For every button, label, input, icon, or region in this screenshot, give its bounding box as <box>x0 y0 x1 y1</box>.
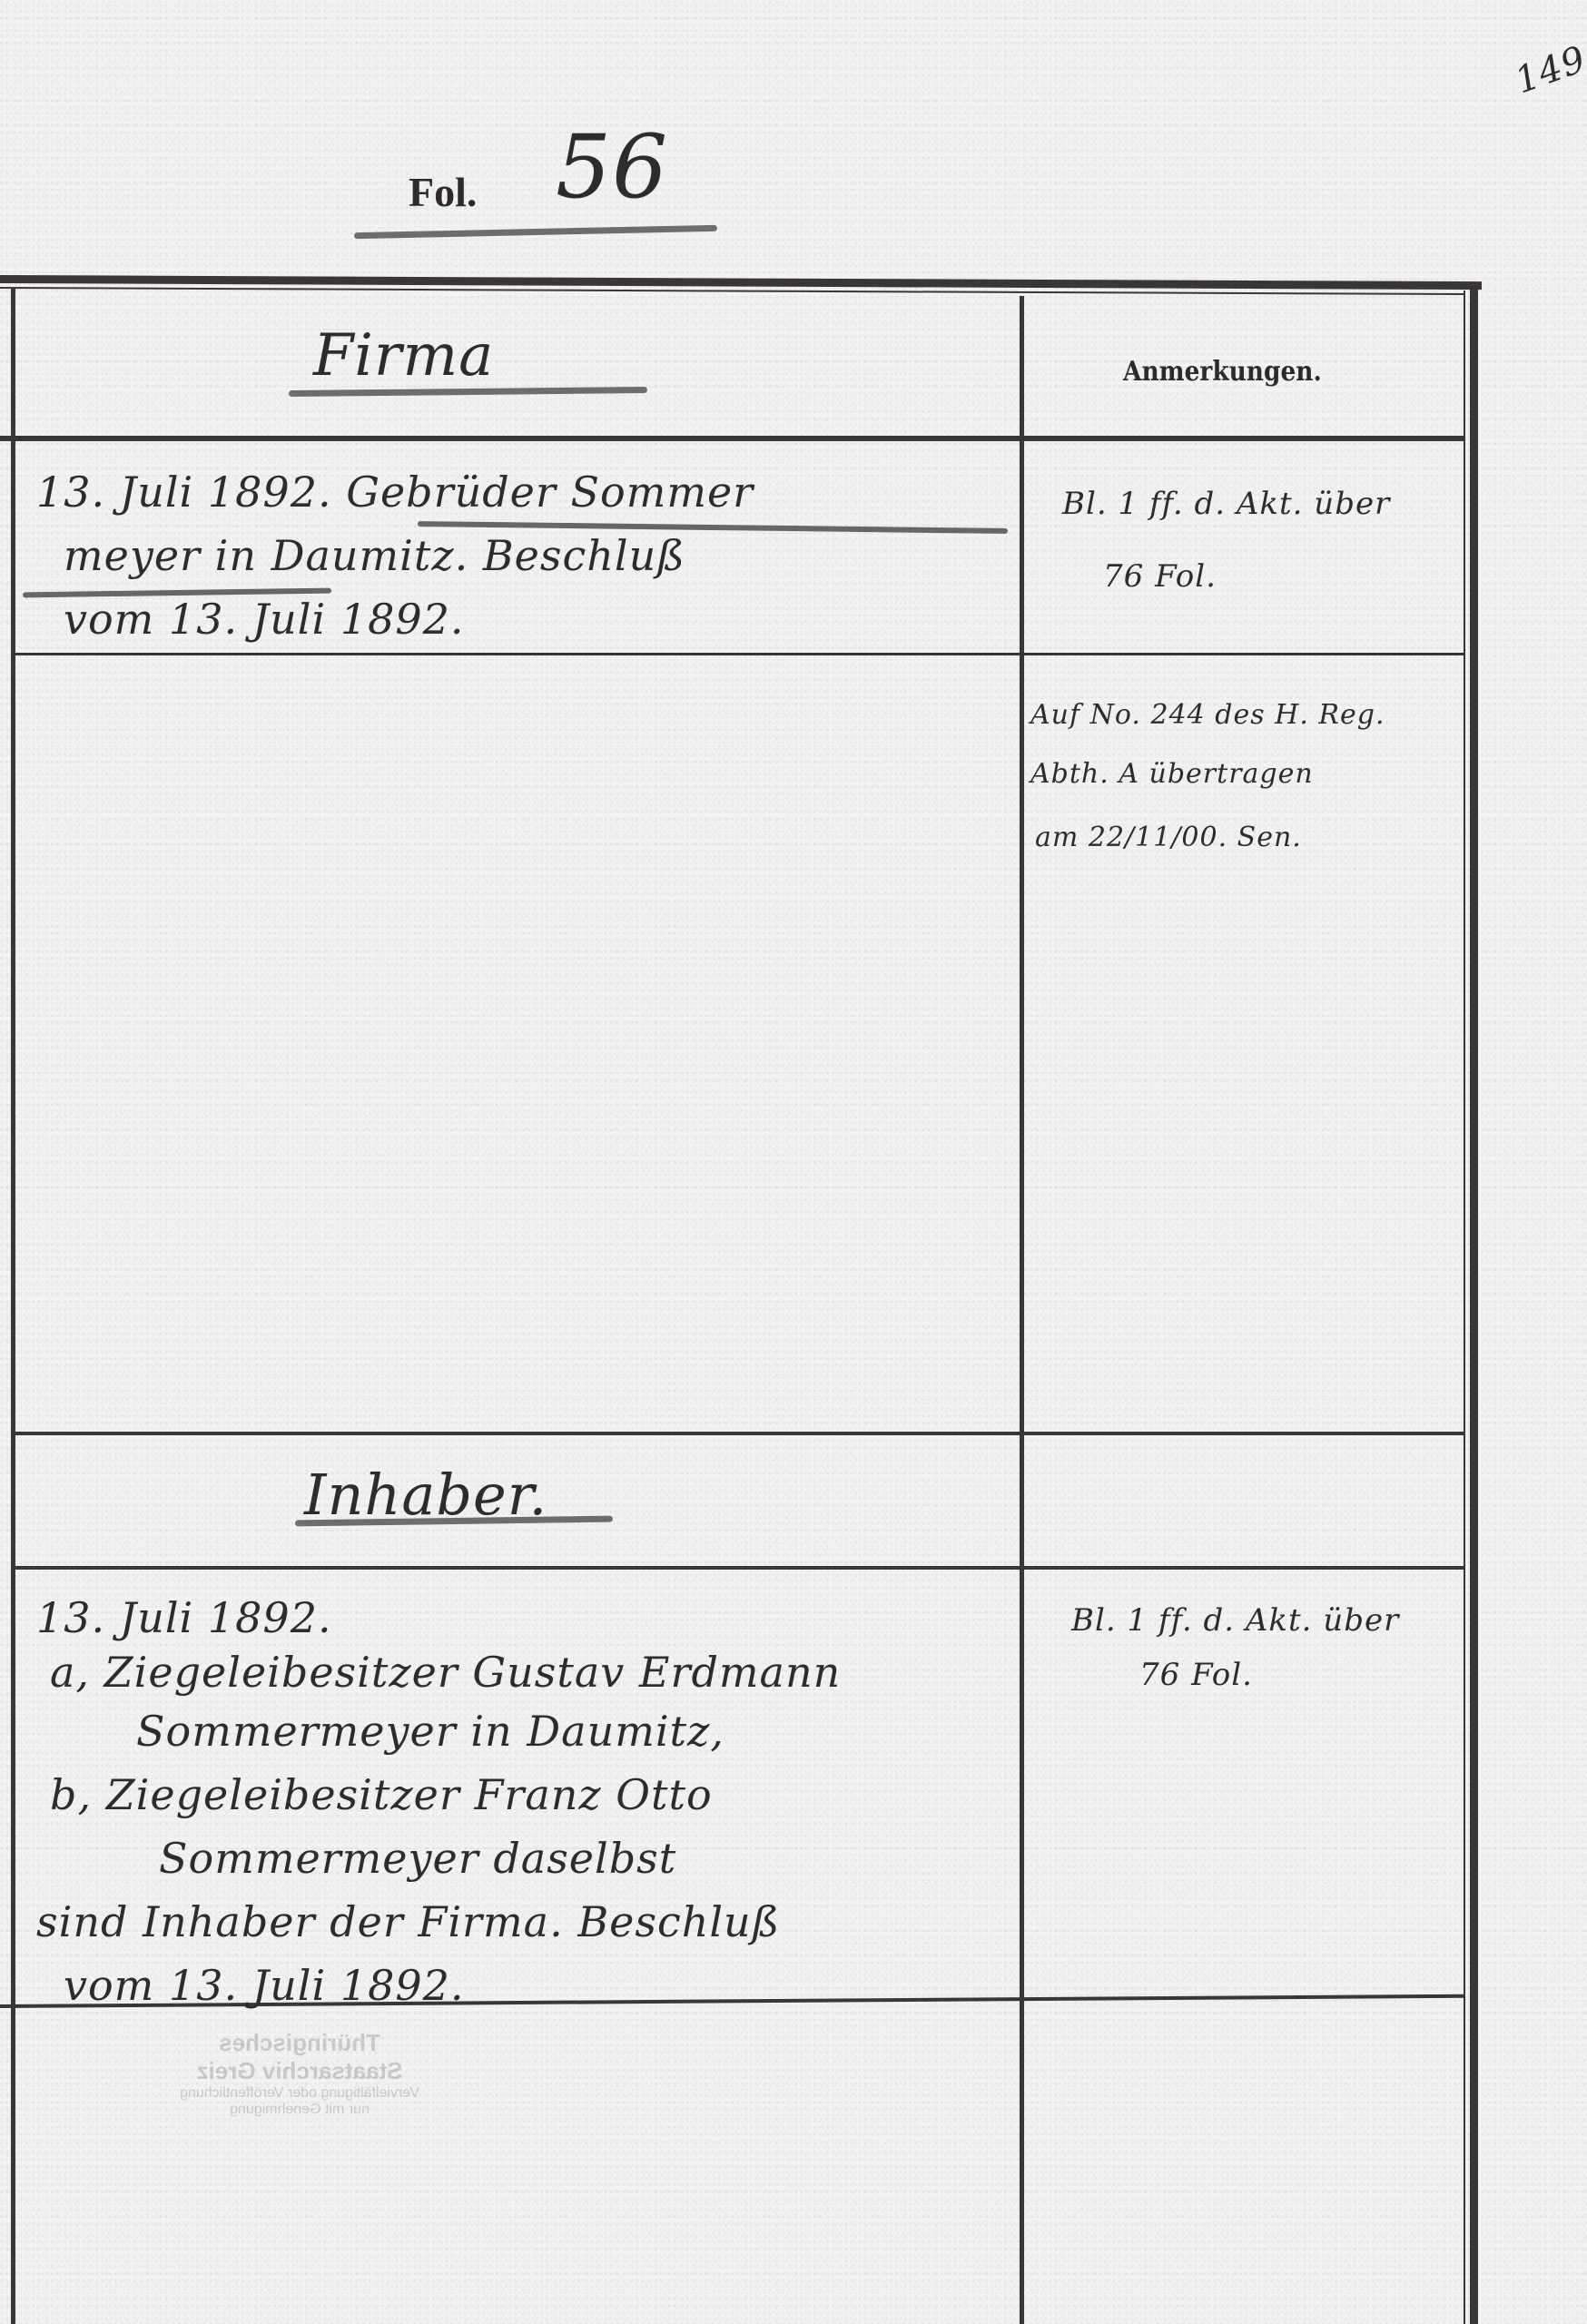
table-left-border <box>11 289 15 2324</box>
entry-line: vom 13. Juli 1892. <box>64 1961 465 2010</box>
page-number: 149. <box>1510 34 1587 102</box>
note-line: Bl. 1 ff. d. Akt. über <box>1071 1602 1399 1639</box>
row2-bottom-rule <box>11 1432 1464 1435</box>
entry-line: 13. Juli 1892. <box>36 1593 332 1642</box>
stamp-line: Vervielfältigung oder Veröffentlichung <box>136 2085 463 2102</box>
column-divider <box>1020 296 1024 2324</box>
header-bottom-rule <box>0 436 1464 441</box>
table-right-inner-border <box>1464 290 1465 2324</box>
stamp-line: Staatsarchiv Greiz <box>136 2057 463 2085</box>
archive-stamp: Thüringisches Staatsarchiv Greiz Verviel… <box>136 2029 463 2118</box>
folio-label: Fol. <box>409 168 477 216</box>
entry-line: vom 13. Juli 1892. <box>64 595 465 644</box>
entry-line: 13. Juli 1892. Gebrüder Sommer <box>36 468 754 517</box>
folio-number: 56 <box>556 116 668 218</box>
note-line: am 22/11/00. Sen. <box>1035 822 1302 853</box>
entry-line: Sommermeyer in Daumitz, <box>136 1707 724 1756</box>
row1-bottom-rule <box>11 653 1464 655</box>
note-line: Bl. 1 ff. d. Akt. über <box>1062 486 1390 522</box>
note-line: 76 Fol. <box>1103 558 1217 595</box>
entry-line: b, Ziegeleibesitzer Franz Otto <box>50 1770 713 1819</box>
note-line: Abth. A übertragen <box>1030 758 1314 790</box>
column-header-firma: Firma <box>313 322 494 389</box>
note-line: Auf No. 244 des H. Reg. <box>1030 699 1385 731</box>
inhaber-header-bottom-rule <box>11 1566 1464 1570</box>
stamp-line: Thüringisches <box>136 2029 463 2057</box>
entry-line: Sommermeyer daselbst <box>159 1834 676 1883</box>
entry-line: sind Inhaber der Firma. Beschluß <box>36 1897 780 1946</box>
table-right-border <box>1470 287 1478 2324</box>
column-header-anmerkungen: Anmerkungen. <box>1123 356 1322 388</box>
stamp-line: nur mit Genehmigung <box>136 2102 463 2118</box>
folio-underline <box>354 225 717 239</box>
entry-line: meyer in Daumitz. Beschluß <box>64 531 685 580</box>
entry-line: a, Ziegeleibesitzer Gustav Erdmann <box>50 1648 841 1697</box>
note-line: 76 Fol. <box>1139 1657 1253 1693</box>
